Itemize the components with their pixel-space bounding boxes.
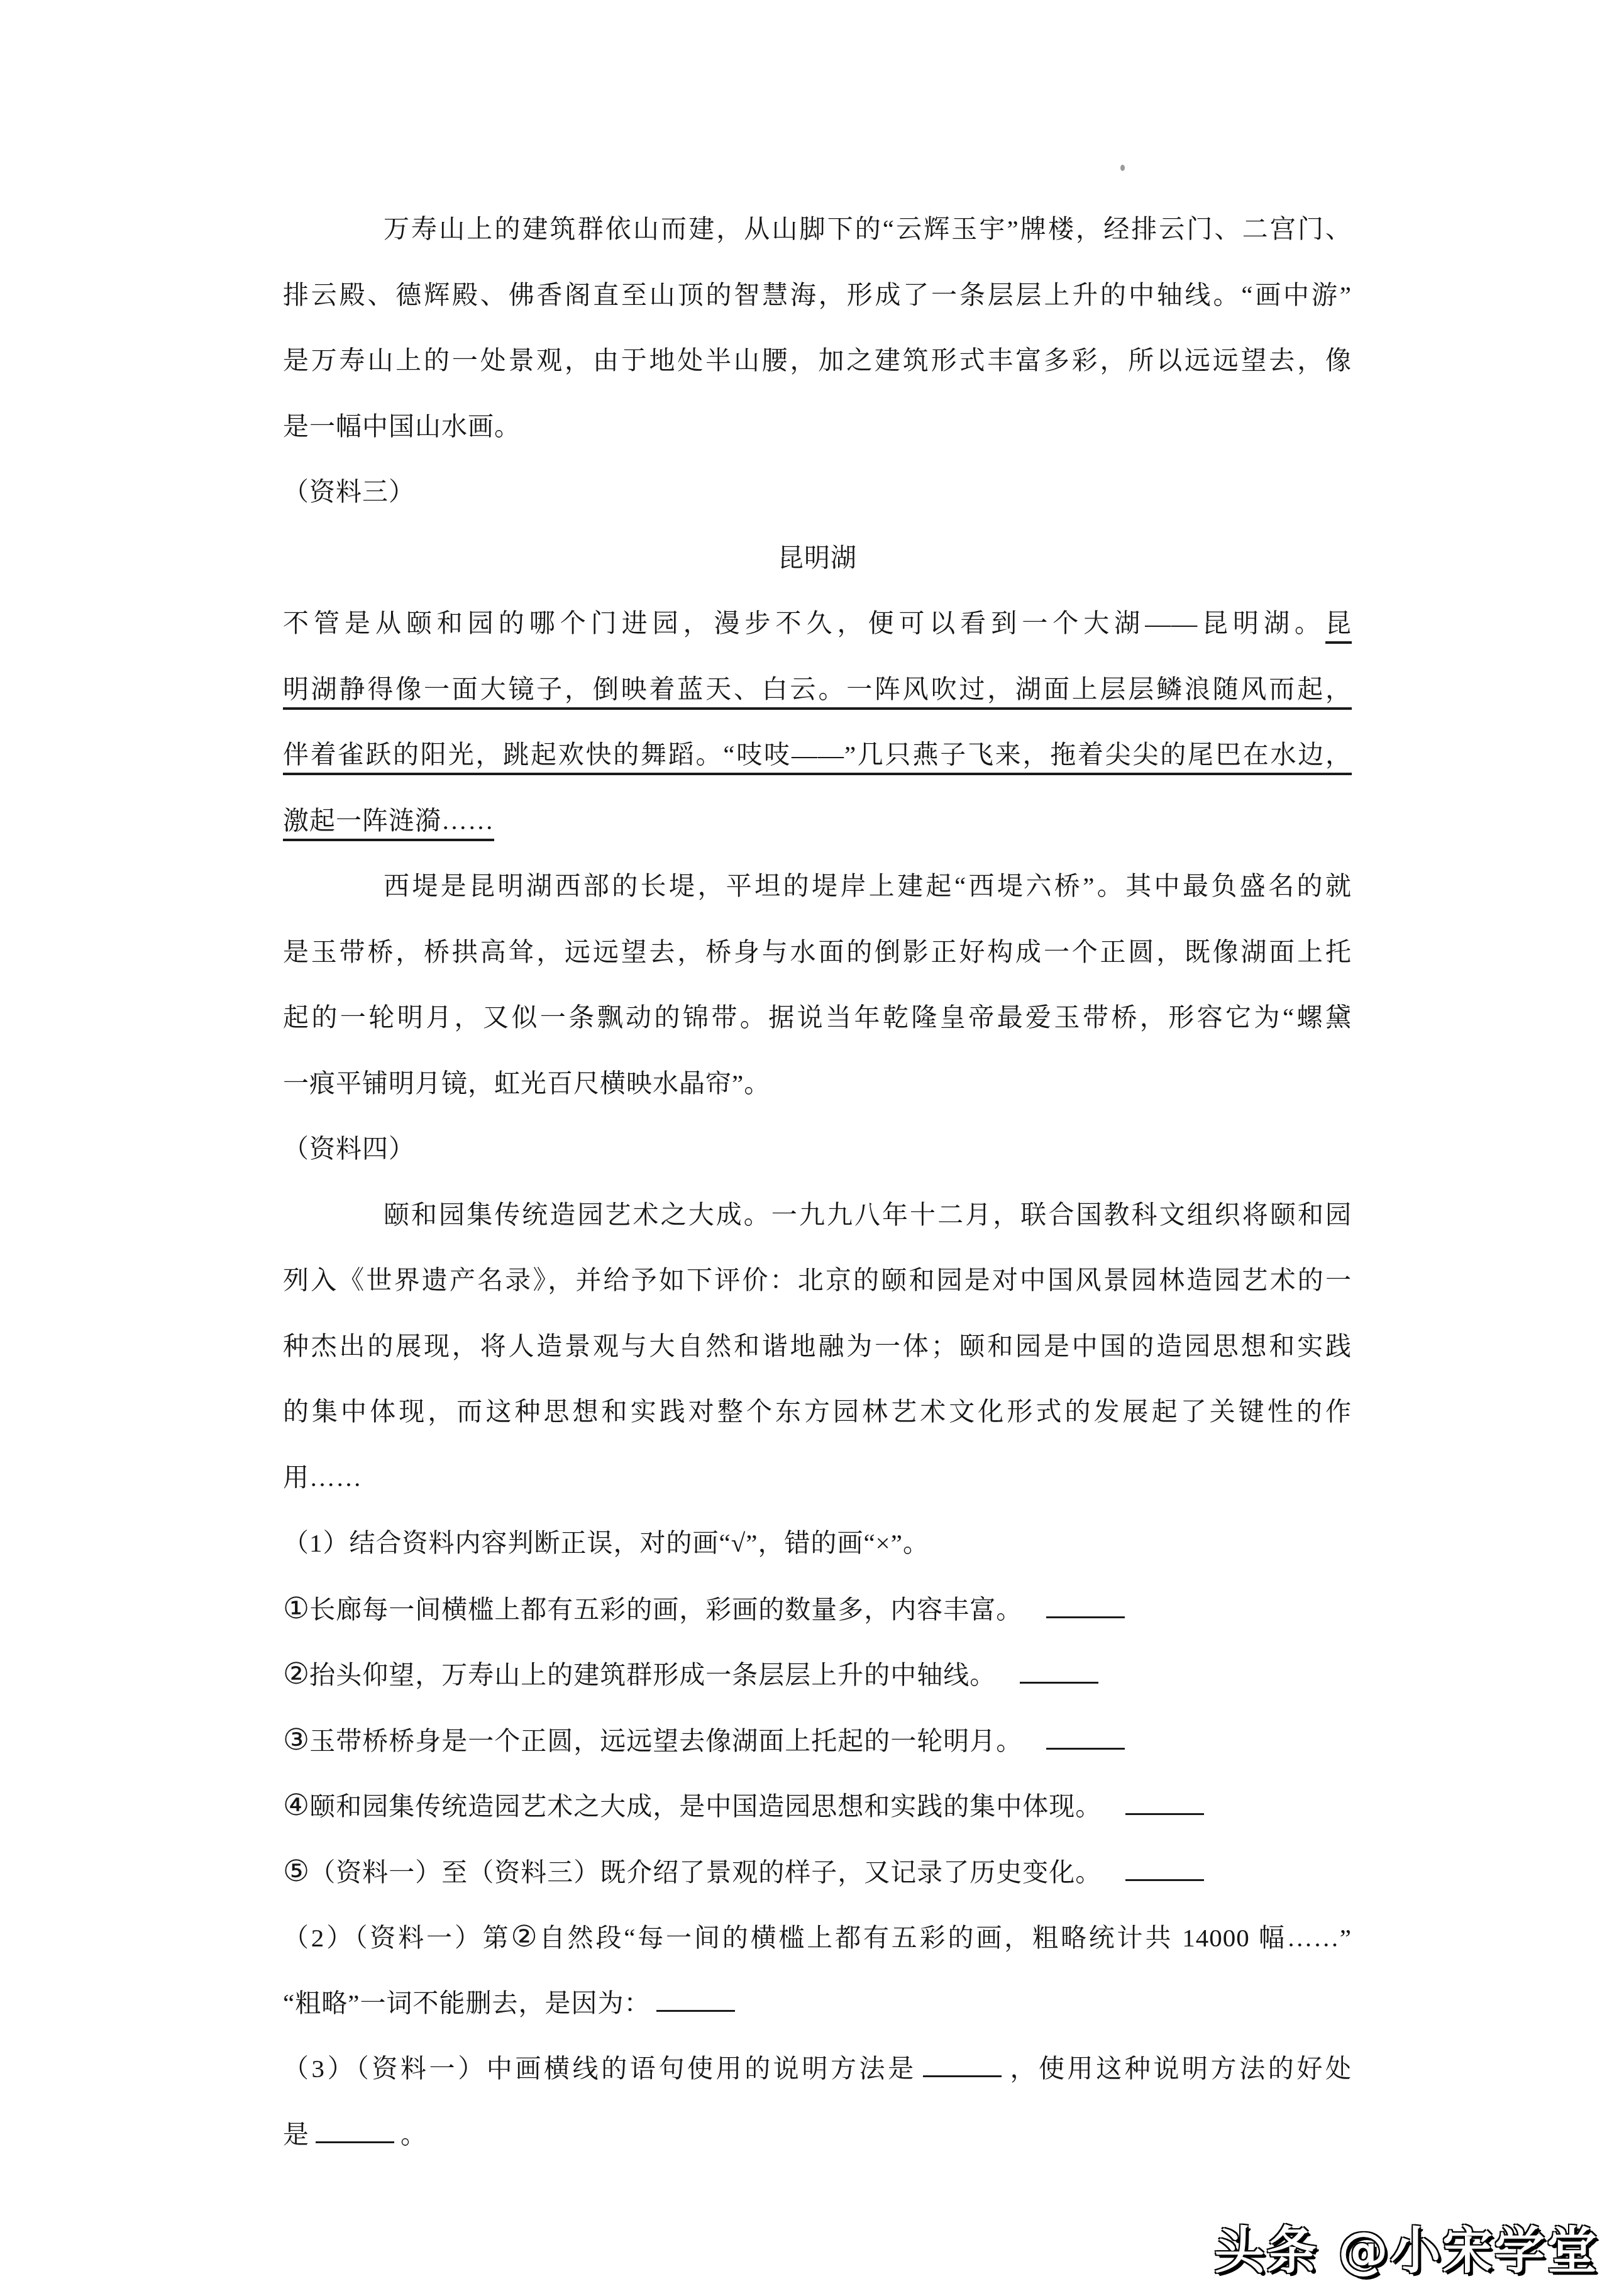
para-line: 是一幅中国山水画。 xyxy=(283,394,1352,460)
q3-text: 是 xyxy=(283,2120,309,2149)
item-text: （资料一）至（资料三）既介绍了景观的样子，又记录了历史变化。 xyxy=(309,1858,1102,1887)
item-text: 长廊每一间横槛上都有五彩的画，彩画的数量多，内容丰富。 xyxy=(309,1595,1022,1624)
answer-blank xyxy=(316,2119,394,2143)
question-3: （3）（资料一）中画横线的语句使用的说明方法是，使用这种说明方法的好处 是。 xyxy=(283,2036,1352,2167)
q2-line-1: （2）（资料一）第②自然段“每一间的横槛上都有五彩的画，粗略统计共 14000 … xyxy=(283,1904,1352,1970)
para-text: 不管是从颐和园的哪个门进园，漫步不久，便可以看到一个大湖——昆明湖。 xyxy=(283,609,1325,637)
underlined-para-line: 伴着雀跃的阳光，跳起欢快的舞蹈。“吱吱——”几只燕子飞来，拖着尖尖的尾巴在水边， xyxy=(283,722,1352,788)
worksheet-content: 万寿山上的建筑群依山而建，从山脚下的“云辉玉宇”牌楼，经排云门、二宫门、 排云殿… xyxy=(283,196,1352,2167)
lake-title: 昆明湖 xyxy=(283,525,1352,591)
item-number: ③ xyxy=(283,1724,309,1757)
para-line: 种杰出的展现，将人造景观与大自然和谐地融为一体；颐和园是中国的造园思想和实践 xyxy=(283,1313,1352,1379)
q1-header: （1）结合资料内容判断正误，对的画“√”，错的画“×”。 xyxy=(283,1510,1352,1576)
q1-item-5: ⑤（资料一）至（资料三）既介绍了景观的样子，又记录了历史变化。 xyxy=(283,1839,1352,1905)
para-line: 排云殿、德辉殿、佛香阁直至山顶的智慧海，形成了一条层层上升的中轴线。“画中游” xyxy=(283,262,1352,328)
answer-blank xyxy=(1125,1857,1204,1881)
answer-blank xyxy=(1046,1726,1125,1750)
paragraph-unesco: 颐和园集传统造园艺术之大成。一九九八年十二月，联合国教科文组织将颐和园 列入《世… xyxy=(283,1182,1352,1511)
q2-text: （2）（资料一）第 xyxy=(283,1923,511,1952)
underlined-text: 昆 xyxy=(1325,609,1352,637)
q2-text: “粗略”一词不能删去，是因为： xyxy=(283,1989,650,2017)
source4-label: （资料四） xyxy=(283,1116,1352,1182)
item-text: 颐和园集传统造园艺术之大成，是中国造园思想和实践的集中体现。 xyxy=(309,1792,1102,1821)
para-line: 万寿山上的建筑群依山而建，从山脚下的“云辉玉宇”牌楼，经排云门、二宫门、 xyxy=(283,196,1352,262)
para-line: 西堤是昆明湖西部的长堤，平坦的堤岸上建起“西堤六桥”。其中最负盛名的就 xyxy=(283,853,1352,919)
answer-blank xyxy=(923,2053,1002,2077)
para-line: 一痕平铺明月镜，虹光百尺横映水晶帘”。 xyxy=(283,1051,1352,1117)
para-line: 颐和园集传统造园艺术之大成。一九九八年十二月，联合国教科文组织将颐和园 xyxy=(283,1182,1352,1248)
answer-blank xyxy=(1046,1594,1125,1618)
item-number: ④ xyxy=(283,1789,309,1822)
q2-line-2: “粗略”一词不能删去，是因为： xyxy=(283,1970,1352,2036)
q2-text: 自然段“每一间的横槛上都有五彩的画，粗略统计共 14000 幅……” xyxy=(539,1923,1352,1952)
item-number: ② xyxy=(283,1658,309,1691)
circled-2: ② xyxy=(511,1921,539,1953)
worksheet-page: 万寿山上的建筑群依山而建，从山脚下的“云辉玉宇”牌楼，经排云门、二宫门、 排云殿… xyxy=(0,0,1624,2296)
para-line: 列入《世界遗产名录》，并给予如下评价：北京的颐和园是对中国风景园林造园艺术的一 xyxy=(283,1247,1352,1313)
question-2: （2）（资料一）第②自然段“每一间的横槛上都有五彩的画，粗略统计共 14000 … xyxy=(283,1904,1352,2036)
underlined-para-line: 明湖静得像一面大镜子，倒映着蓝天、白云。一阵风吹过，湖面上层层鳞浪随风而起， xyxy=(283,656,1352,722)
q1-item-4: ④颐和园集传统造园艺术之大成，是中国造园思想和实践的集中体现。 xyxy=(283,1773,1352,1839)
para-line: 用…… xyxy=(283,1445,1352,1511)
q1-item-3: ③玉带桥桥身是一个正圆，远远望去像湖面上托起的一轮明月。 xyxy=(283,1708,1352,1774)
paragraph-xidi: 西堤是昆明湖西部的长堤，平坦的堤岸上建起“西堤六桥”。其中最负盛名的就 是玉带桥… xyxy=(283,853,1352,1116)
para-line: 不管是从颐和园的哪个门进园，漫步不久，便可以看到一个大湖——昆明湖。昆 xyxy=(283,590,1352,656)
para-line: 的集中体现，而这种思想和实践对整个东方园林艺术文化形式的发展起了关键性的作 xyxy=(283,1379,1352,1445)
item-text: 抬头仰望，万寿山上的建筑群形成一条层层上升的中轴线。 xyxy=(309,1660,996,1689)
source3-label: （资料三） xyxy=(283,459,1352,525)
q3-line-1: （3）（资料一）中画横线的语句使用的说明方法是，使用这种说明方法的好处 xyxy=(283,2036,1352,2102)
q3-text: ，使用这种说明方法的好处 xyxy=(1008,2054,1352,2083)
q3-line-2: 是。 xyxy=(283,2102,1352,2168)
underlined-para-line: 激起一阵涟漪…… xyxy=(283,806,494,835)
para-line: 起的一轮明月，又似一条飘动的锦带。据说当年乾隆皇帝最爱玉带桥，形容它为“螺黛 xyxy=(283,985,1352,1051)
q3-text: （3）（资料一）中画横线的语句使用的说明方法是 xyxy=(283,2054,917,2083)
q3-text: 。 xyxy=(400,2120,427,2149)
item-number: ⑤ xyxy=(283,1855,309,1888)
watermark: 头条 @小宋学堂 xyxy=(1214,2210,1599,2282)
q1-item-2: ②抬头仰望，万寿山上的建筑群形成一条层层上升的中轴线。 xyxy=(283,1642,1352,1708)
q1-item-1: ①长廊每一间横槛上都有五彩的画，彩画的数量多，内容丰富。 xyxy=(283,1576,1352,1642)
paragraph-kunminghu: 不管是从颐和园的哪个门进园，漫步不久，便可以看到一个大湖——昆明湖。昆 明湖静得… xyxy=(283,590,1352,853)
item-text: 玉带桥桥身是一个正圆，远远望去像湖面上托起的一轮明月。 xyxy=(309,1726,1022,1755)
paragraph-wanshoushan: 万寿山上的建筑群依山而建，从山脚下的“云辉玉宇”牌楼，经排云门、二宫门、 排云殿… xyxy=(283,196,1352,459)
answer-blank xyxy=(656,1988,735,2012)
answer-blank xyxy=(1020,1660,1098,1684)
para-line: 是玉带桥，桥拱高耸，远远望去，桥身与水面的倒影正好构成一个正圆，既像湖面上托 xyxy=(283,919,1352,985)
scan-speck xyxy=(1120,165,1125,171)
question-1: （1）结合资料内容判断正误，对的画“√”，错的画“×”。 ①长廊每一间横槛上都有… xyxy=(283,1510,1352,1904)
para-line: 是万寿山上的一处景观，由于地处半山腰，加之建筑形式丰富多彩，所以远远望去，像 xyxy=(283,328,1352,394)
item-number: ① xyxy=(283,1592,309,1625)
answer-blank xyxy=(1125,1791,1204,1815)
